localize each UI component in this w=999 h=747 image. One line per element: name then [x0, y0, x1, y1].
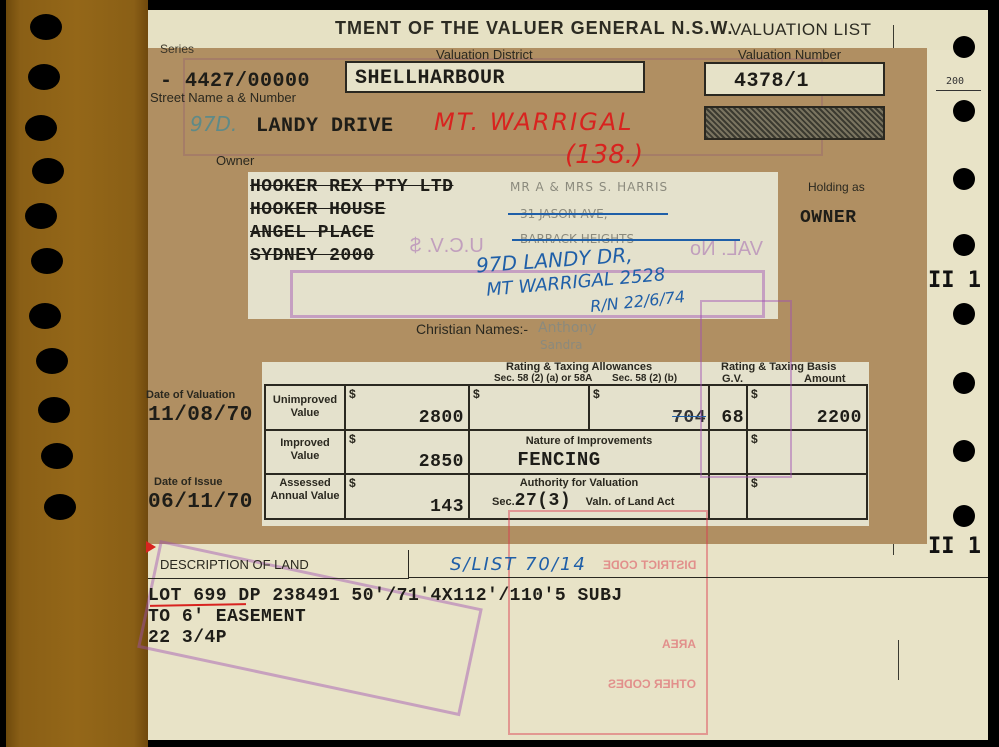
binding-strip: [6, 0, 148, 747]
date-of-issue-value: 06/11/70: [148, 491, 253, 514]
holding-label: Holding as: [808, 180, 865, 194]
currency-symbol: $: [473, 387, 480, 401]
punch-hole: [953, 36, 975, 58]
margin-rule: [898, 640, 899, 680]
series-label: Series: [160, 42, 194, 56]
stamp-val-no: VAL. No: [690, 238, 763, 261]
currency-symbol: $: [349, 432, 356, 446]
valuation-number-value: 4378/1: [734, 70, 809, 93]
punch-hole: [953, 440, 975, 462]
punch-hole: [30, 14, 62, 40]
holding-value: OWNER: [800, 208, 857, 228]
department-heading: TMENT OF THE VALUER GENERAL N.S.W.: [335, 18, 733, 39]
row-label: Unimproved Value: [266, 386, 344, 420]
authority-value: 27(3): [515, 491, 572, 511]
stamp-label: OTHER CODES: [608, 677, 696, 691]
stamp-label: DISTRICT CODE: [603, 558, 696, 572]
land-line: 22 3/4P: [148, 628, 623, 649]
owner-line: HOOKER HOUSE: [250, 199, 453, 222]
assessed-annual-value: 143: [430, 497, 464, 517]
valuation-district-value: SHELLHARBOUR: [355, 67, 505, 90]
punch-hole: [953, 168, 975, 190]
side-mark: II 1: [928, 534, 981, 559]
authority-suffix: Valn. of Land Act: [586, 496, 675, 508]
punch-hole: [31, 248, 63, 274]
punch-hole: [28, 64, 60, 90]
valuation-district-label: Valuation District: [436, 47, 533, 62]
previous-owner-pencil: MR A & MRS S. HARRIS: [510, 180, 668, 194]
description-label: DESCRIPTION OF LAND: [160, 557, 309, 572]
punch-hole: [953, 505, 975, 527]
land-description: LOT 699 DP 238491 50'/71'4X112'/110'5 SU…: [148, 586, 623, 649]
christian-names-label: Christian Names:-: [416, 321, 528, 337]
row-label: Improved Value: [266, 431, 344, 463]
valuation-number-box: 4378/1: [704, 62, 885, 96]
punch-hole: [32, 158, 64, 184]
punch-hole: [25, 115, 57, 141]
suburb-handwritten: MT. WARRIGAL: [434, 108, 634, 136]
year-stamp: [700, 300, 792, 478]
punch-hole: [953, 100, 975, 122]
punch-hole: [953, 372, 975, 394]
side-rule: [936, 90, 981, 91]
red-marker: [146, 541, 156, 553]
slist-note: S/LIST 70/14: [450, 554, 587, 575]
street-label: Street Name a & Number: [150, 90, 296, 105]
stamp-label: AREA: [662, 637, 696, 651]
owner-label: Owner: [216, 153, 254, 168]
allowances-header: Rating & Taxing Allowances: [506, 361, 652, 373]
punch-hole: [38, 397, 70, 423]
punch-hole: [36, 348, 68, 374]
christian-name-pencil: Sandra: [540, 338, 582, 352]
punch-hole: [44, 494, 76, 520]
street-value: LANDY DRIVE: [256, 115, 394, 138]
sec-a-header: Sec. 58 (2) (a) or 58A: [494, 373, 592, 384]
punch-hole: [29, 303, 61, 329]
punch-hole: [953, 303, 975, 325]
stamp-ucv: U.C.V. $: [410, 235, 484, 258]
nature-label: Nature of Improvements: [470, 431, 708, 447]
authority-label: Authority for Valuation: [470, 475, 688, 489]
punch-hole: [41, 443, 73, 469]
improved-value: 2850: [419, 452, 464, 472]
date-of-valuation-label: Date of Valuation: [146, 389, 235, 401]
owner-line: HOOKER REX PTY LTD: [250, 176, 453, 199]
redacted-field: [704, 106, 885, 140]
punch-hole: [25, 203, 57, 229]
side-number: 200: [946, 76, 964, 87]
nature-value: FENCING: [470, 449, 648, 471]
strikethrough: [508, 213, 668, 215]
street-number-handwritten: 97D.: [190, 112, 237, 136]
authority-prefix: Sec.: [492, 496, 515, 508]
valuation-number-label: Valuation Number: [738, 47, 841, 62]
code-handwritten: (138.): [565, 140, 643, 170]
torn-edge: [988, 560, 999, 747]
sec-b-header: Sec. 58 (2) (b): [612, 373, 677, 384]
amount-value: 2200: [817, 408, 862, 428]
currency-symbol: $: [751, 476, 758, 490]
form-title: VALUATION LIST: [730, 20, 871, 40]
christian-name-pencil: Anthony: [538, 320, 597, 336]
description-rule: [408, 577, 988, 578]
side-mark: II 1: [928, 268, 981, 293]
currency-symbol: $: [349, 476, 356, 490]
currency-symbol: $: [349, 387, 356, 401]
currency-symbol: $: [593, 387, 600, 401]
row-label: Assessed Annual Value: [266, 475, 344, 503]
punch-hole: [953, 234, 975, 256]
valuation-district-box: SHELLHARBOUR: [345, 61, 645, 93]
date-of-valuation-value: 11/08/70: [148, 404, 253, 427]
unimproved-value: 2800: [419, 408, 464, 428]
land-line: TO 6' EASEMENT: [148, 607, 623, 628]
date-of-issue-label: Date of Issue: [154, 476, 222, 488]
